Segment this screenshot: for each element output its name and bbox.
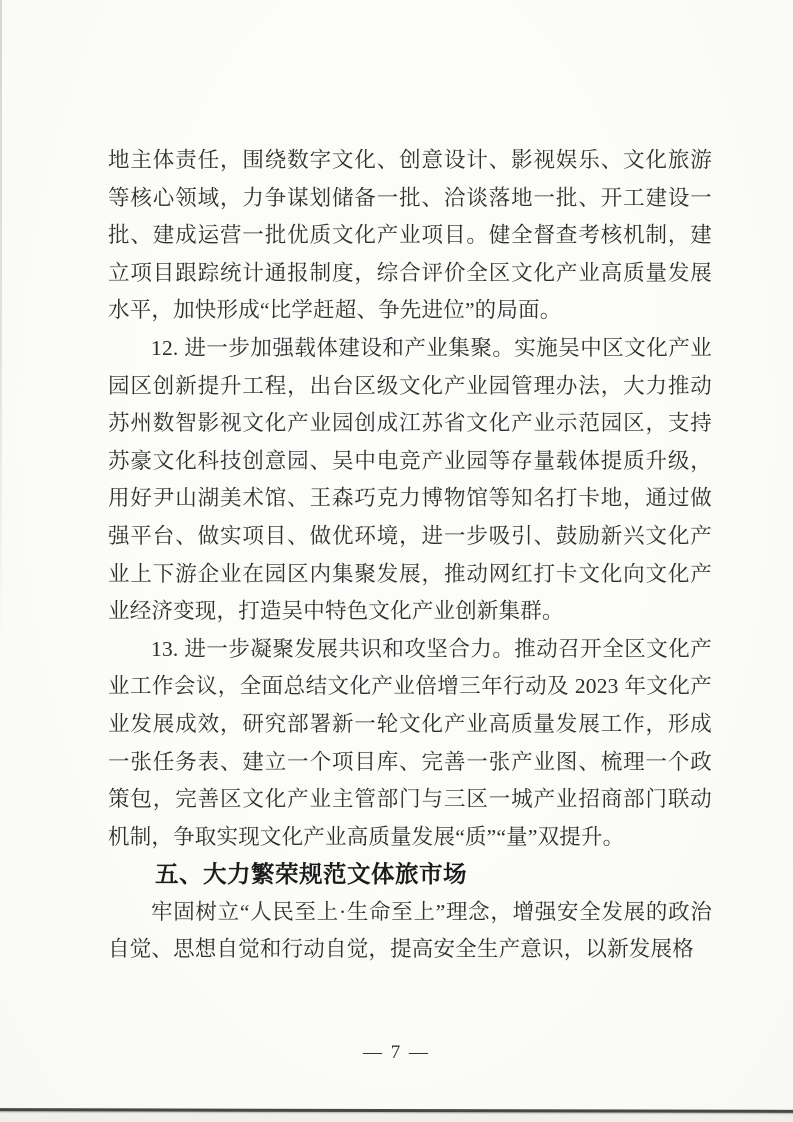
paragraph-item-12: 12. 进一步加强载体建设和产业集聚。实施吴中区文化产业园区创新提升工程，出台区… xyxy=(108,330,712,631)
scan-band-bottom xyxy=(0,1111,793,1122)
paragraph-continuation: 地主体责任，围绕数字文化、创意设计、影视娱乐、文化旅游等核心领域，力争谋划储备一… xyxy=(108,142,712,330)
section-5-heading: 五、大力繁荣规范文体旅市场 xyxy=(108,856,712,894)
page-footer: — 7 — xyxy=(0,1038,793,1068)
paragraph-item-13: 13. 进一步凝聚发展共识和攻坚合力。推动召开全区文化产业工作会议，全面总结文化… xyxy=(108,631,712,857)
page-number: — 7 — xyxy=(363,1042,430,1063)
paragraph-section-5-intro: 牢固树立“人民至上·生命至上”理念，增强安全发展的政治自觉、思想自觉和行动自觉，… xyxy=(108,894,712,969)
scan-edge-left xyxy=(0,0,2,650)
document-body: 地主体责任，围绕数字文化、创意设计、影视娱乐、文化旅游等核心领域，力争谋划储备一… xyxy=(108,142,712,969)
document-page: { "colors": { "paper": "#fbfbf8", "ink":… xyxy=(0,0,793,1122)
